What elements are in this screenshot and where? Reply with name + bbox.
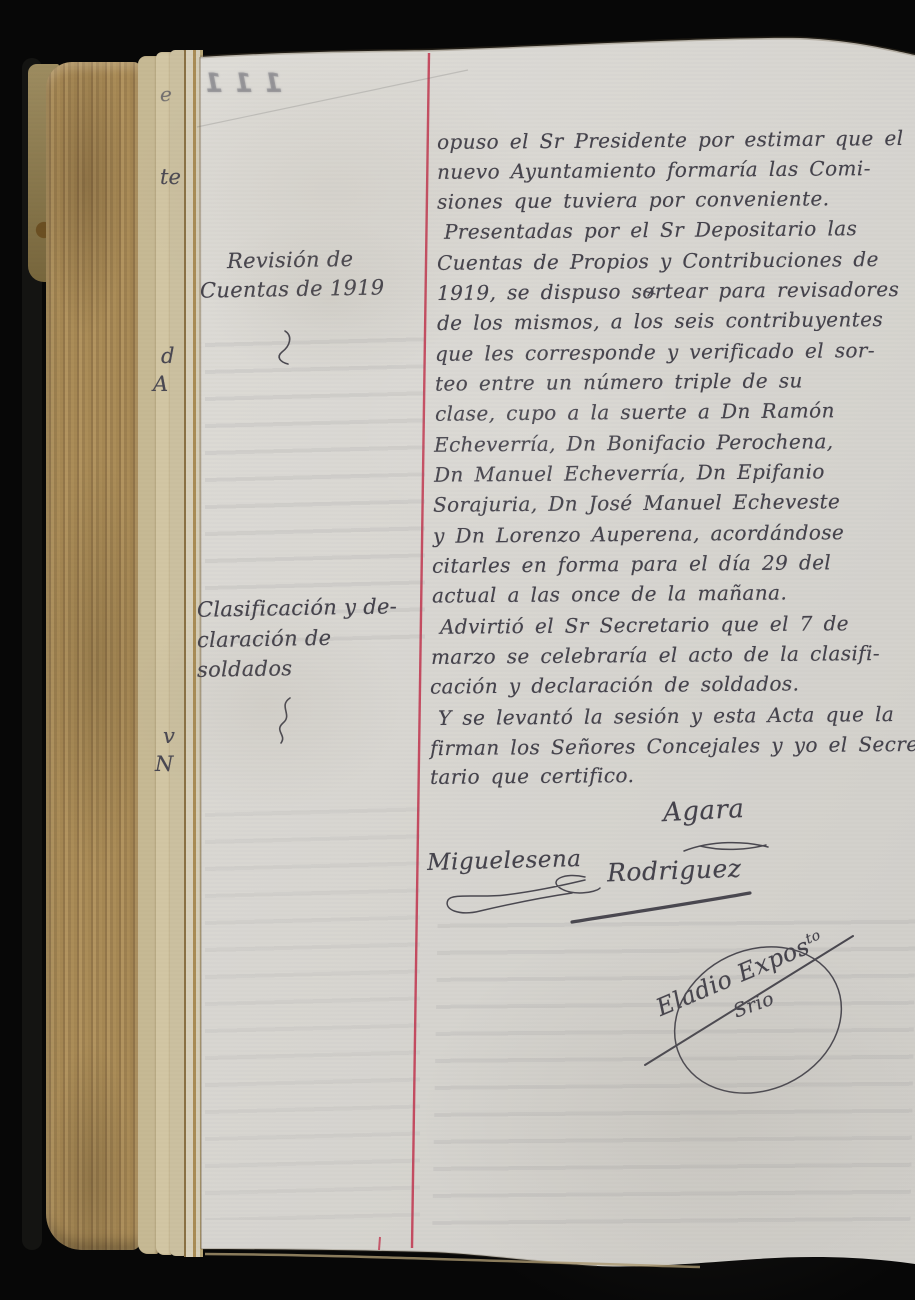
body-line: Dn Manuel Echeverría, Dn Epifanio xyxy=(434,459,825,486)
margin-note-clasificacion-line1: Clasificación y de- xyxy=(197,594,397,621)
body-line: clase, cupo a la suerte a Dn Ramón xyxy=(435,398,835,425)
margin-note-clasificacion-line3: soldados xyxy=(197,656,293,682)
body-line: marzo se celebraría el acto de la clasif… xyxy=(431,641,880,669)
body-line: actual a las once de la mañana. xyxy=(432,580,787,607)
margin-brace-squiggle xyxy=(280,698,290,743)
margin-note-clasificacion-line2: claración de xyxy=(197,626,332,652)
body-line: opuso el Sr Presidente por estimar que e… xyxy=(437,126,904,154)
margin-note-revision-line2: Cuentas de 1919 xyxy=(200,275,385,302)
red-margin-tick xyxy=(379,1237,380,1250)
edge-fragment: v xyxy=(163,724,175,748)
underlying-page-edge xyxy=(138,56,158,1254)
body-line: Sorajuria, Dn José Manuel Echeveste xyxy=(433,489,840,517)
signature-councilor-3: Rodriguez xyxy=(607,854,742,888)
page-block-fore-edge xyxy=(46,62,140,1250)
scanned-minutes-book-photo: 111 e te d A v N Revisión de Cuentas de … xyxy=(0,0,915,1300)
body-line: que les corresponde y verificado el sor- xyxy=(435,338,875,366)
body-line: teo entre un número triple de su xyxy=(435,368,803,395)
underlying-page-edge-lines xyxy=(184,50,203,1257)
edge-fragment: A xyxy=(153,372,168,396)
body-line: siones que tuviera por conveniente. xyxy=(437,186,830,213)
body-line: Y se levantó la sesión y esta Acta que l… xyxy=(438,702,894,730)
body-line: y Dn Lorenzo Auperena, acordándose xyxy=(433,520,844,548)
body-line: 1919, se dispuso sortear para revisadore… xyxy=(437,277,899,305)
body-line: Cuentas de Propios y Contribuciones de xyxy=(437,247,879,275)
body-line: citarles en forma para el día 29 del xyxy=(432,550,831,577)
body-line: nuevo Ayuntamiento formaría las Comi- xyxy=(437,156,871,184)
body-line: cación y declaración de soldados. xyxy=(430,671,799,698)
body-line: Echeverría, Dn Bonifacio Perochena, xyxy=(434,429,834,456)
ghost-page-number: 111 xyxy=(193,68,282,99)
bleed-through-text-area xyxy=(205,790,420,1220)
signature-councilor-2: Miguelesena xyxy=(427,846,582,876)
body-line: Presentadas por el Sr Depositario las xyxy=(444,216,857,244)
body-line: firman los Señores Concejales y yo el Se… xyxy=(430,732,915,760)
signature-councilor-1: Agara xyxy=(662,794,745,828)
body-line: de los mismos, a los seis contribuyentes xyxy=(437,307,883,335)
margin-note-revision-line1: Revisión de xyxy=(227,247,354,273)
edge-fragment: N xyxy=(155,752,173,776)
ghost-letter: e xyxy=(160,82,172,106)
body-line: tario que certifico. xyxy=(430,763,634,789)
signature-flourish xyxy=(684,843,768,851)
bleed-through-text-area xyxy=(432,901,915,1244)
underlying-page-edge xyxy=(170,50,185,1256)
edge-fragment: te xyxy=(160,165,181,189)
edge-fragment: d xyxy=(161,344,174,368)
body-line: Advirtió el Sr Secretario que el 7 de xyxy=(440,611,849,639)
